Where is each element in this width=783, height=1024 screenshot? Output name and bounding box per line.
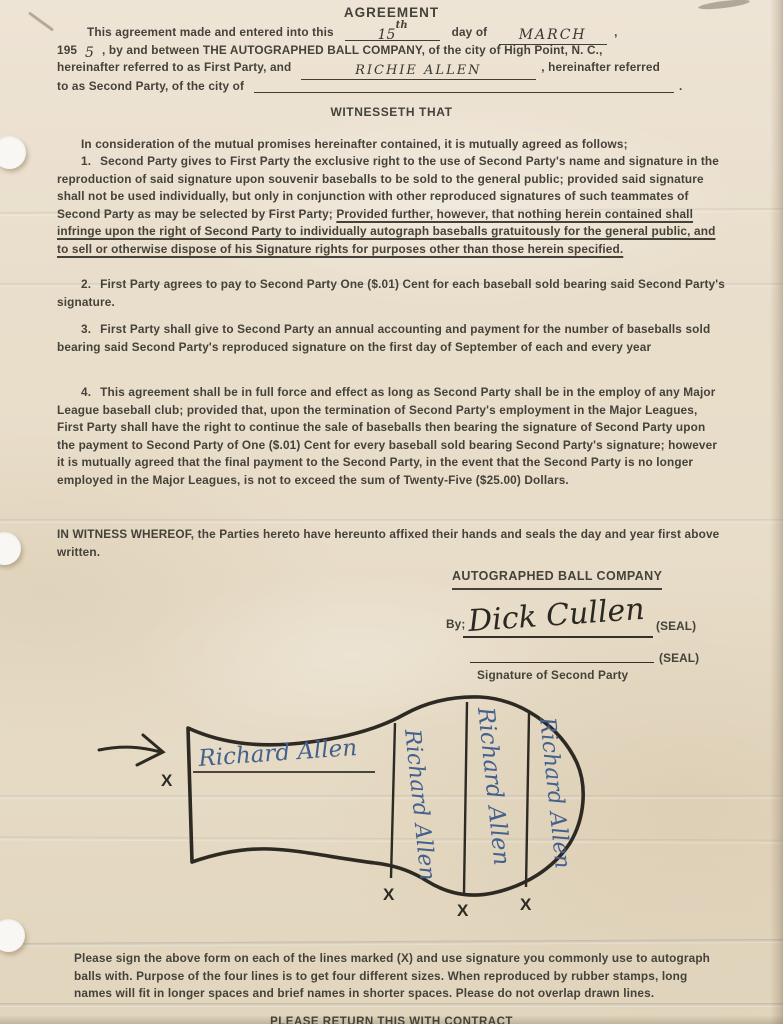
seal-label-1: (SEAL) bbox=[656, 618, 696, 636]
handwritten-year: 5 bbox=[85, 45, 94, 61]
handwritten-day-suffix: th bbox=[396, 20, 408, 31]
company-name: AUTOGRAPHED BALL COMPANY bbox=[452, 568, 662, 590]
second-party-line-label: Signature of Second Party bbox=[477, 667, 628, 685]
clause-1: 1.Second Party gives to First Party the … bbox=[57, 153, 725, 259]
signature-line-4 bbox=[526, 713, 529, 887]
bat-form-drawing: Richard Allen Richard Allen Richard Alle… bbox=[95, 688, 695, 948]
company-signature-line bbox=[463, 636, 653, 638]
signature-richard-allen-vertical-3: Richard Allen bbox=[534, 715, 575, 870]
punch-hole-2 bbox=[0, 532, 21, 565]
handwritten-day: 15 bbox=[378, 27, 396, 43]
bat-outline bbox=[188, 697, 583, 895]
footer-note: PLEASE RETURN THIS WITH CONTRACT bbox=[0, 1014, 783, 1024]
clause-3: 3.First Party shall give to Second Party… bbox=[57, 321, 725, 356]
signature-line-2 bbox=[391, 723, 395, 878]
intro-line-4: to as Second Party, of the city of . bbox=[57, 77, 725, 95]
intro-line-3: hereinafter referred to as First Party, … bbox=[57, 59, 725, 77]
x-mark-1: X bbox=[161, 771, 173, 790]
x-mark-4: X bbox=[520, 895, 532, 914]
clause-4: 4.This agreement shall be in full force … bbox=[57, 384, 725, 490]
day-blank: 15th bbox=[345, 25, 440, 41]
document-page: AGREEMENT This agreement made and entere… bbox=[0, 0, 783, 1024]
seal-label-2: (SEAL) bbox=[659, 650, 699, 668]
x-mark-3: X bbox=[457, 901, 469, 920]
city-blank bbox=[254, 77, 674, 93]
agreement-title: AGREEMENT bbox=[0, 4, 783, 22]
intro-line-1: This agreement made and entered into thi… bbox=[57, 24, 725, 42]
signature-richard-allen-vertical-2: Richard Allen bbox=[472, 705, 515, 867]
arrow-icon bbox=[99, 735, 163, 765]
by-label: By; bbox=[446, 616, 465, 634]
second-party-signature-line bbox=[470, 662, 654, 663]
page-edge-shadow bbox=[770, 0, 783, 1024]
company-signature: Dick Cullen bbox=[467, 592, 646, 639]
intro-line-2: 195 5 , by and between THE AUTOGRAPHED B… bbox=[57, 42, 725, 60]
clause-2: 2.First Party agrees to pay to Second Pa… bbox=[57, 276, 725, 311]
instructions-text: Please sign the above form on each of th… bbox=[74, 950, 724, 1003]
punch-hole-3 bbox=[0, 919, 25, 952]
handwritten-month: MARCH bbox=[519, 27, 587, 43]
intro-paragraph: This agreement made and entered into thi… bbox=[57, 24, 725, 94]
crease-line bbox=[0, 519, 783, 523]
punch-hole-1 bbox=[0, 136, 26, 169]
consideration-clause: In consideration of the mutual promises … bbox=[57, 136, 725, 154]
signature-richard-allen-vertical-1: Richard Allen bbox=[399, 727, 440, 882]
x-mark-2: X bbox=[383, 885, 395, 904]
signature-line-3 bbox=[464, 702, 467, 893]
crease-line bbox=[0, 1003, 783, 1007]
witness-clause: IN WITNESS WHEREOF, the Parties hereto h… bbox=[57, 526, 725, 561]
witnesseth-heading: WITNESSETH THAT bbox=[0, 104, 783, 122]
